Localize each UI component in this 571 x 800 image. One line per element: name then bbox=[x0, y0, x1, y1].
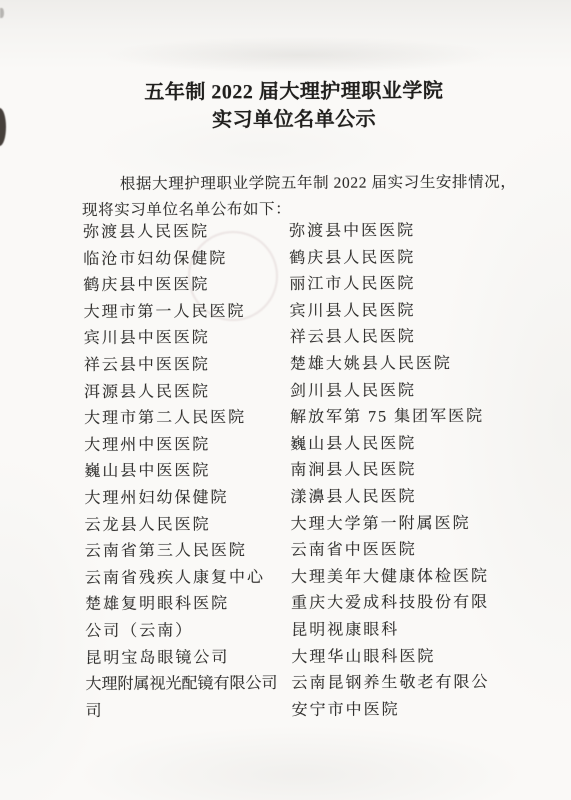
unit-name: 临沧市妇幼保健院 bbox=[83, 246, 275, 274]
unit-name: 大理华山眼科医院 bbox=[291, 643, 489, 671]
unit-name: 祥云县中医医院 bbox=[84, 352, 276, 380]
title-line-1: 五年制 2022 届大理护理职业学院 bbox=[18, 77, 569, 108]
unit-name: 鹤庆县中医医院 bbox=[83, 272, 275, 300]
unit-name: 解放军第 75 集团军医院 bbox=[290, 404, 488, 432]
unit-name: 鹤庆县人民医院 bbox=[289, 245, 487, 273]
unit-name: 弥渡县人民医院 bbox=[83, 219, 275, 247]
unit-list-right-column: 弥渡县中医医院 鹤庆县人民医院 丽江市人民医院 宾川县人民医院 祥云县人民医院 … bbox=[289, 218, 490, 724]
unit-name: 巍山县中医医院 bbox=[84, 458, 276, 486]
unit-name: 大理美年大健康体检医院 bbox=[291, 564, 489, 592]
unit-name: 宾川县人民医院 bbox=[289, 298, 487, 326]
unit-name: 大理市第一人民医院 bbox=[83, 299, 275, 327]
unit-name: 云南省中医医院 bbox=[291, 537, 489, 565]
document-content: 五年制 2022 届大理护理职业学院 实习单位名单公示 根据大理护理职业学院五年… bbox=[0, 0, 571, 800]
document-title: 五年制 2022 届大理护理职业学院 实习单位名单公示 bbox=[18, 77, 569, 136]
unit-name: 昆明宝岛眼镜公司 bbox=[85, 645, 277, 673]
unit-name: 大理州中医医院 bbox=[84, 432, 276, 460]
unit-name: 祥云县人民医院 bbox=[290, 324, 488, 352]
scanned-document-page: 五年制 2022 届大理护理职业学院 实习单位名单公示 根据大理护理职业学院五年… bbox=[0, 0, 571, 800]
unit-name: 安宁市中医院 bbox=[292, 697, 490, 725]
unit-name: 南涧县人民医院 bbox=[290, 457, 488, 485]
unit-name: 重庆大爱成科技股份有限 bbox=[291, 590, 489, 618]
unit-name: 漾濞县人民医院 bbox=[290, 484, 488, 512]
unit-name: 大理市第二人民医院 bbox=[84, 405, 276, 433]
unit-name: 公司（云南） bbox=[85, 618, 277, 646]
intro-line-2: 现将实习单位名单公布如下： bbox=[82, 197, 291, 220]
unit-name: 云龙县人民医院 bbox=[85, 512, 277, 540]
unit-name: 大理州妇幼保健院 bbox=[84, 485, 276, 513]
unit-name-wrap-continuation: 司 bbox=[86, 698, 278, 726]
unit-name: 昆明视康眼科 bbox=[291, 617, 489, 645]
intro-line-1: 根据大理护理职业学院五年制 2022 届实习生安排情况， bbox=[120, 170, 517, 194]
unit-name: 大理大学第一附属医院 bbox=[291, 510, 489, 538]
unit-name: 洱源县人民医院 bbox=[84, 379, 276, 407]
unit-list-left-column: 弥渡县人民医院 临沧市妇幼保健院 鹤庆县中医医院 大理市第一人民医院 宾川县中医… bbox=[83, 219, 278, 725]
unit-name: 云南省第三人民医院 bbox=[85, 538, 277, 566]
title-line-2: 实习单位名单公示 bbox=[18, 105, 569, 136]
unit-name: 丽江市人民医院 bbox=[289, 271, 487, 299]
unit-name: 大理附属视光配镜有限公司 bbox=[85, 671, 277, 699]
unit-name: 宾川县中医医院 bbox=[84, 325, 276, 353]
unit-name: 楚雄大姚县人民医院 bbox=[290, 351, 488, 379]
unit-name: 云南省残疾人康复中心 bbox=[85, 565, 277, 593]
unit-name: 楚雄复明眼科医院 bbox=[85, 591, 277, 619]
unit-name: 弥渡县中医医院 bbox=[289, 218, 487, 246]
unit-name: 云南昆钢养生敬老有限公 bbox=[291, 670, 489, 698]
unit-name: 剑川县人民医院 bbox=[290, 378, 488, 406]
unit-name: 巍山县人民医院 bbox=[290, 431, 488, 459]
